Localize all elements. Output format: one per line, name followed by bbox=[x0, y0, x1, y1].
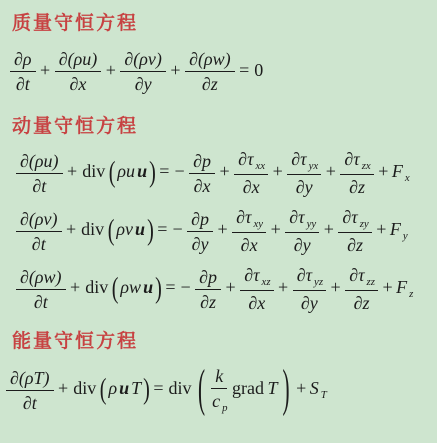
fraction: ∂τyy∂y bbox=[285, 207, 319, 255]
math-token: + bbox=[66, 219, 76, 239]
math-token: ) bbox=[282, 361, 289, 419]
math-token: x bbox=[405, 172, 410, 184]
math-token: ∂τzy bbox=[338, 207, 371, 233]
math-token: ∂(ρw) bbox=[189, 49, 231, 69]
math-token: ∂z bbox=[195, 290, 221, 312]
math-token: ∂ρ bbox=[10, 49, 36, 72]
math-token: div bbox=[168, 378, 191, 398]
fraction: ∂τxx∂x bbox=[234, 149, 268, 197]
math-token: ∂t bbox=[32, 234, 46, 254]
math-token: F bbox=[396, 277, 407, 297]
math-token: z bbox=[409, 288, 413, 300]
math-token: ∂(ρu) bbox=[59, 49, 98, 69]
math-token: cp bbox=[211, 389, 227, 414]
math-token: ) bbox=[143, 374, 150, 407]
math-token: ∂p bbox=[191, 209, 209, 229]
math-token: ∂(ρv) bbox=[16, 209, 62, 232]
fraction: kcp bbox=[211, 366, 227, 414]
math-token: + bbox=[226, 277, 236, 297]
math-token: u bbox=[135, 219, 145, 239]
math-token: ∂z bbox=[345, 291, 378, 313]
math-token: + bbox=[273, 161, 283, 181]
math-token: = bbox=[165, 277, 175, 297]
equation-momentum-x: ∂(ρu)∂t+div(ρuu)=−∂p∂x+∂τxx∂x+∂τyx∂y+∂τz… bbox=[14, 149, 437, 197]
math-token: + bbox=[376, 219, 386, 239]
math-token: + bbox=[278, 277, 288, 297]
math-token: ∂y bbox=[293, 291, 326, 313]
math-token: ∂(ρv) bbox=[20, 209, 58, 229]
math-token: + bbox=[296, 378, 306, 398]
math-token: ∂t bbox=[34, 292, 48, 312]
math-token: c bbox=[212, 391, 220, 411]
math-token: p bbox=[222, 402, 227, 414]
math-token: yy bbox=[307, 218, 317, 230]
math-token: = bbox=[159, 161, 169, 181]
math-token: ∂(ρu) bbox=[16, 151, 63, 174]
math-token: ∂y bbox=[187, 232, 213, 254]
fraction: ∂p∂z bbox=[195, 267, 221, 312]
fraction: ∂(ρw)∂t bbox=[16, 267, 66, 312]
math-token: ∂z bbox=[185, 72, 235, 94]
math-token: − bbox=[172, 219, 182, 239]
section-heading-energy-conservation: 能量守恒方程 bbox=[12, 326, 437, 353]
math-token: ∂p bbox=[187, 209, 213, 232]
math-token: ∂y bbox=[120, 72, 166, 94]
math-token: ∂t bbox=[32, 176, 46, 196]
math-token: ∂y bbox=[301, 293, 318, 313]
fraction: ∂ρ∂t bbox=[10, 49, 36, 94]
fraction: ∂p∂x bbox=[189, 151, 215, 196]
fraction: ∂τyz∂y bbox=[293, 265, 326, 313]
math-token: S bbox=[310, 378, 319, 398]
math-token: = bbox=[157, 219, 167, 239]
math-token: ( bbox=[112, 273, 119, 306]
math-token: + bbox=[324, 219, 334, 239]
math-token: ρv bbox=[116, 219, 133, 239]
math-token: T bbox=[267, 378, 277, 398]
fraction: ∂(ρv)∂t bbox=[16, 209, 62, 254]
equation-momentum-z: ∂(ρw)∂t+div(ρwu)=−∂p∂z+∂τxz∂x+∂τyz∂y+∂τz… bbox=[14, 265, 437, 313]
math-token: = bbox=[153, 378, 163, 398]
math-token: ∂τ bbox=[291, 149, 306, 169]
math-token: + bbox=[40, 60, 50, 80]
math-token: zx bbox=[362, 160, 371, 172]
math-token: + bbox=[106, 60, 116, 80]
math-token: ∂t bbox=[16, 290, 66, 312]
math-token: ) bbox=[155, 273, 162, 306]
math-token: xy bbox=[254, 218, 264, 230]
math-token: + bbox=[218, 219, 228, 239]
math-token: ∂τxy bbox=[232, 207, 266, 233]
math-token: ∂p bbox=[195, 267, 221, 290]
math-token: ∂τzx bbox=[340, 149, 373, 175]
math-token: ∂(ρu) bbox=[55, 49, 102, 72]
equation-momentum-y: ∂(ρv)∂t+div(ρvu)=−∂p∂y+∂τxy∂x+∂τyy∂y+∂τz… bbox=[14, 207, 437, 255]
math-token: ∂τzz bbox=[345, 265, 378, 291]
math-token: ( bbox=[108, 215, 115, 248]
math-token: ) bbox=[147, 215, 154, 248]
math-token: yz bbox=[314, 276, 323, 288]
math-token: ∂t bbox=[10, 72, 36, 94]
fraction: ∂τzy∂z bbox=[338, 207, 371, 255]
math-token: ∂t bbox=[16, 232, 62, 254]
fraction: ∂(ρv)∂y bbox=[120, 49, 166, 94]
math-token: ∂τyz bbox=[293, 265, 326, 291]
math-token: div bbox=[81, 219, 104, 239]
math-token: k bbox=[211, 366, 227, 389]
math-token: F bbox=[392, 161, 403, 181]
math-token: F bbox=[390, 219, 401, 239]
fraction: ∂(ρT)∂t bbox=[6, 368, 54, 413]
math-token: + bbox=[378, 161, 388, 181]
math-token: ∂x bbox=[189, 174, 215, 196]
math-token: ∂t bbox=[16, 174, 63, 196]
math-token: ∂p bbox=[199, 267, 217, 287]
math-token: zz bbox=[367, 276, 375, 288]
math-token: ∂t bbox=[6, 391, 54, 413]
math-token: ∂τ bbox=[289, 207, 304, 227]
math-token: ∂(ρT) bbox=[6, 368, 54, 391]
math-token: ∂τxz bbox=[240, 265, 273, 291]
math-token: ∂τ bbox=[297, 265, 312, 285]
section-heading-momentum-conservation: 动量守恒方程 bbox=[12, 111, 437, 138]
math-token: ∂τ bbox=[342, 207, 357, 227]
math-token: grad bbox=[232, 378, 264, 398]
math-token: ∂τ bbox=[344, 149, 359, 169]
math-token: ∂x bbox=[243, 177, 260, 197]
math-token: ∂x bbox=[234, 175, 268, 197]
document-page: 质量守恒方程 ∂ρ∂t+∂(ρu)∂x+∂(ρv)∂y+∂(ρw)∂z=0 动量… bbox=[0, 0, 437, 443]
math-token: T bbox=[321, 389, 327, 401]
math-token: ∂(ρv) bbox=[120, 49, 166, 72]
math-token: ∂τxx bbox=[234, 149, 268, 175]
math-token: ∂τyx bbox=[287, 149, 321, 175]
math-token: + bbox=[170, 60, 180, 80]
math-token: ρ bbox=[108, 378, 117, 398]
math-token: ∂τ bbox=[244, 265, 259, 285]
math-token: ∂y bbox=[287, 175, 321, 197]
math-token: y bbox=[403, 230, 408, 242]
math-token: − bbox=[180, 277, 190, 297]
math-token: div bbox=[85, 277, 108, 297]
math-token: ∂z bbox=[340, 175, 373, 197]
math-token: ∂t bbox=[23, 393, 37, 413]
math-token: ) bbox=[149, 157, 156, 190]
math-token: + bbox=[58, 378, 68, 398]
math-token: ∂y bbox=[296, 177, 313, 197]
math-token: zy bbox=[360, 218, 369, 230]
math-token: 0 bbox=[254, 60, 263, 80]
math-token: ∂z bbox=[202, 74, 218, 94]
math-token: u bbox=[137, 161, 147, 181]
math-token: ∂y bbox=[192, 234, 209, 254]
math-token: ∂y bbox=[294, 235, 311, 255]
math-token: ∂t bbox=[16, 74, 30, 94]
math-token: ∂x bbox=[55, 72, 102, 94]
math-token: ∂z bbox=[349, 177, 365, 197]
math-token: ∂x bbox=[232, 233, 266, 255]
math-token: ∂x bbox=[70, 74, 87, 94]
fraction: ∂τzz∂z bbox=[345, 265, 378, 313]
fraction: ∂τxz∂x bbox=[240, 265, 273, 313]
math-token: + bbox=[326, 161, 336, 181]
math-token: ∂(ρw) bbox=[20, 267, 62, 287]
math-token: ( bbox=[100, 374, 107, 407]
math-token: + bbox=[220, 161, 230, 181]
math-token: ∂(ρv) bbox=[124, 49, 162, 69]
math-token: + bbox=[67, 161, 77, 181]
fraction: ∂p∂y bbox=[187, 209, 213, 254]
fraction: ∂τyx∂y bbox=[287, 149, 321, 197]
math-token: ( bbox=[198, 361, 205, 419]
math-token: ∂(ρw) bbox=[185, 49, 235, 72]
fraction: ∂τzx∂z bbox=[340, 149, 373, 197]
math-token: div bbox=[73, 378, 96, 398]
math-token: ∂z bbox=[347, 235, 363, 255]
math-token: = bbox=[239, 60, 249, 80]
math-token: xz bbox=[262, 276, 271, 288]
math-token: u bbox=[119, 378, 129, 398]
math-token: ∂p bbox=[193, 151, 211, 171]
math-token: ∂(ρT) bbox=[10, 368, 50, 388]
fraction: ∂(ρu)∂x bbox=[55, 49, 102, 94]
math-token: ∂z bbox=[200, 292, 216, 312]
math-token: ∂(ρw) bbox=[16, 267, 66, 290]
math-token: T bbox=[131, 378, 141, 398]
fraction: ∂(ρu)∂t bbox=[16, 151, 63, 196]
math-token: ∂τyy bbox=[285, 207, 319, 233]
math-token: ρu bbox=[117, 161, 135, 181]
math-token: ∂y bbox=[285, 233, 319, 255]
fraction: ∂τxy∂x bbox=[232, 207, 266, 255]
math-token: − bbox=[174, 161, 184, 181]
math-token: ∂(ρu) bbox=[20, 151, 59, 171]
math-token: div bbox=[82, 161, 105, 181]
math-token: yx bbox=[309, 160, 319, 172]
math-token: + bbox=[70, 277, 80, 297]
math-token: ∂x bbox=[194, 176, 211, 196]
math-token: ( bbox=[109, 157, 116, 190]
math-token: ρw bbox=[120, 277, 141, 297]
math-token: ∂z bbox=[338, 233, 371, 255]
math-token: ∂z bbox=[354, 293, 370, 313]
math-token: ∂x bbox=[248, 293, 265, 313]
math-token: + bbox=[382, 277, 392, 297]
math-token: ∂τ bbox=[349, 265, 364, 285]
math-token: ∂x bbox=[241, 235, 258, 255]
math-token: + bbox=[271, 219, 281, 239]
math-token: xx bbox=[256, 160, 266, 172]
math-token: ∂τ bbox=[238, 149, 253, 169]
math-token: u bbox=[143, 277, 153, 297]
equation-energy-conservation: ∂(ρT)∂t+div(ρuT)=div(kcpgradT)+ST bbox=[4, 366, 437, 414]
math-token: k bbox=[215, 366, 223, 386]
math-token: ∂ρ bbox=[14, 49, 32, 69]
math-token: ∂τ bbox=[236, 207, 251, 227]
math-token: + bbox=[331, 277, 341, 297]
fraction: ∂(ρw)∂z bbox=[185, 49, 235, 94]
equation-mass-conservation: ∂ρ∂t+∂(ρu)∂x+∂(ρv)∂y+∂(ρw)∂z=0 bbox=[8, 49, 437, 94]
section-heading-mass-conservation: 质量守恒方程 bbox=[12, 0, 437, 35]
math-token: ∂y bbox=[135, 74, 152, 94]
math-token: ∂p bbox=[189, 151, 215, 174]
math-token: ∂x bbox=[240, 291, 273, 313]
